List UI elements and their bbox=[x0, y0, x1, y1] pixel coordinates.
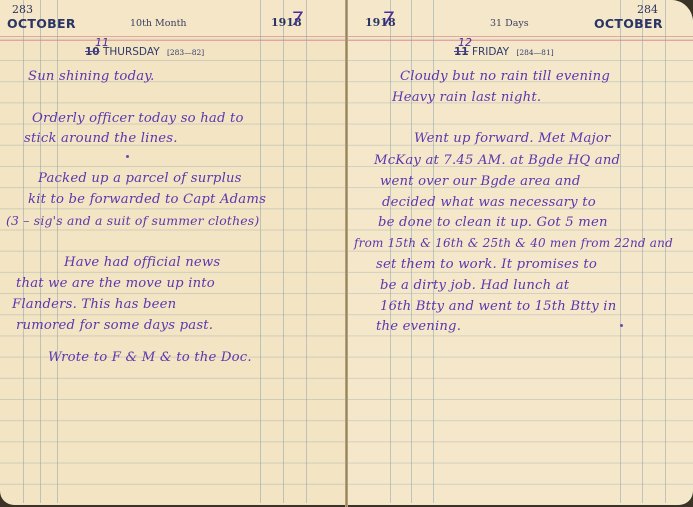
entry-line: be done to clean it up. Got 5 men bbox=[378, 212, 608, 233]
month-label: OCTOBER bbox=[7, 16, 76, 31]
entry-line: (3 – sig's and a suit of summer clothes) bbox=[6, 210, 259, 231]
right-page: 284 OCTOBER 31 Days 1918 7 12 11 FRIDAY … bbox=[346, 0, 693, 505]
page-number: 283 bbox=[12, 3, 33, 16]
entry-line: be a dirty job. Had lunch at bbox=[380, 275, 569, 296]
entry-line: Have had official news bbox=[64, 252, 220, 273]
month-subheading: 31 Days bbox=[490, 18, 529, 29]
entry-line: Went up forward. Met Major bbox=[414, 128, 611, 149]
ink-dot bbox=[126, 155, 129, 158]
entry-line: Flanders. This has been bbox=[12, 294, 176, 315]
month-label: OCTOBER bbox=[594, 16, 663, 31]
entry-line: kit to be forwarded to Capt Adams bbox=[28, 189, 266, 210]
day-code: [284—81] bbox=[516, 48, 553, 57]
entry-line: 16th Btty and went to 15th Btty in bbox=[380, 296, 616, 317]
day-heading: 11 10 THURSDAY [283—82] bbox=[85, 46, 204, 58]
entry-line: went over our Bgde area and bbox=[380, 171, 581, 192]
year-correction: 7 bbox=[382, 8, 394, 30]
entry-line: Cloudy but no rain till evening bbox=[400, 66, 610, 87]
day-heading: 12 11 FRIDAY [284—81] bbox=[454, 46, 554, 58]
entry-line: Orderly officer today so had to bbox=[32, 108, 244, 129]
entry-line: rumored for some days past. bbox=[16, 315, 213, 336]
book-gutter bbox=[345, 0, 348, 507]
day-correction: 11 bbox=[95, 36, 109, 49]
entry-line: set them to work. It promises to bbox=[376, 254, 597, 275]
margin-rule bbox=[23, 0, 24, 503]
month-subheading: 10th Month bbox=[130, 18, 187, 29]
page-number: 284 bbox=[637, 3, 658, 16]
header-red-rule bbox=[0, 36, 346, 41]
day-correction: 12 bbox=[458, 36, 472, 49]
diary-spread: 283 OCTOBER 10th Month 1918 7 11 10 THUR… bbox=[0, 0, 693, 507]
entry-line: the evening. bbox=[376, 316, 461, 337]
entry-line: Wrote to F & M & to the Doc. bbox=[48, 347, 252, 368]
entry-line: McKay at 7.45 AM. at Bgde HQ and bbox=[374, 150, 620, 171]
entry-line: decided what was necessary to bbox=[382, 192, 596, 213]
entry-line: Heavy rain last night. bbox=[392, 87, 541, 108]
entry-line: that we are the move up into bbox=[16, 273, 215, 294]
column-rule bbox=[306, 0, 307, 503]
ink-dot bbox=[620, 324, 623, 327]
left-page: 283 OCTOBER 10th Month 1918 7 11 10 THUR… bbox=[0, 0, 346, 505]
day-code: [283—82] bbox=[167, 48, 204, 57]
entry-line: Sun shining today. bbox=[28, 66, 155, 87]
entry-line: Packed up a parcel of surplus bbox=[38, 168, 242, 189]
entry-line: from 15th & 16th & 25th & 40 men from 22… bbox=[354, 233, 673, 254]
column-rule bbox=[260, 0, 261, 503]
weekday: THURSDAY bbox=[103, 46, 160, 58]
column-rule bbox=[283, 0, 284, 503]
entry-line: stick around the lines. bbox=[24, 128, 178, 149]
year-correction: 7 bbox=[291, 8, 303, 30]
header-red-rule bbox=[346, 36, 693, 41]
weekday: FRIDAY bbox=[472, 46, 509, 58]
